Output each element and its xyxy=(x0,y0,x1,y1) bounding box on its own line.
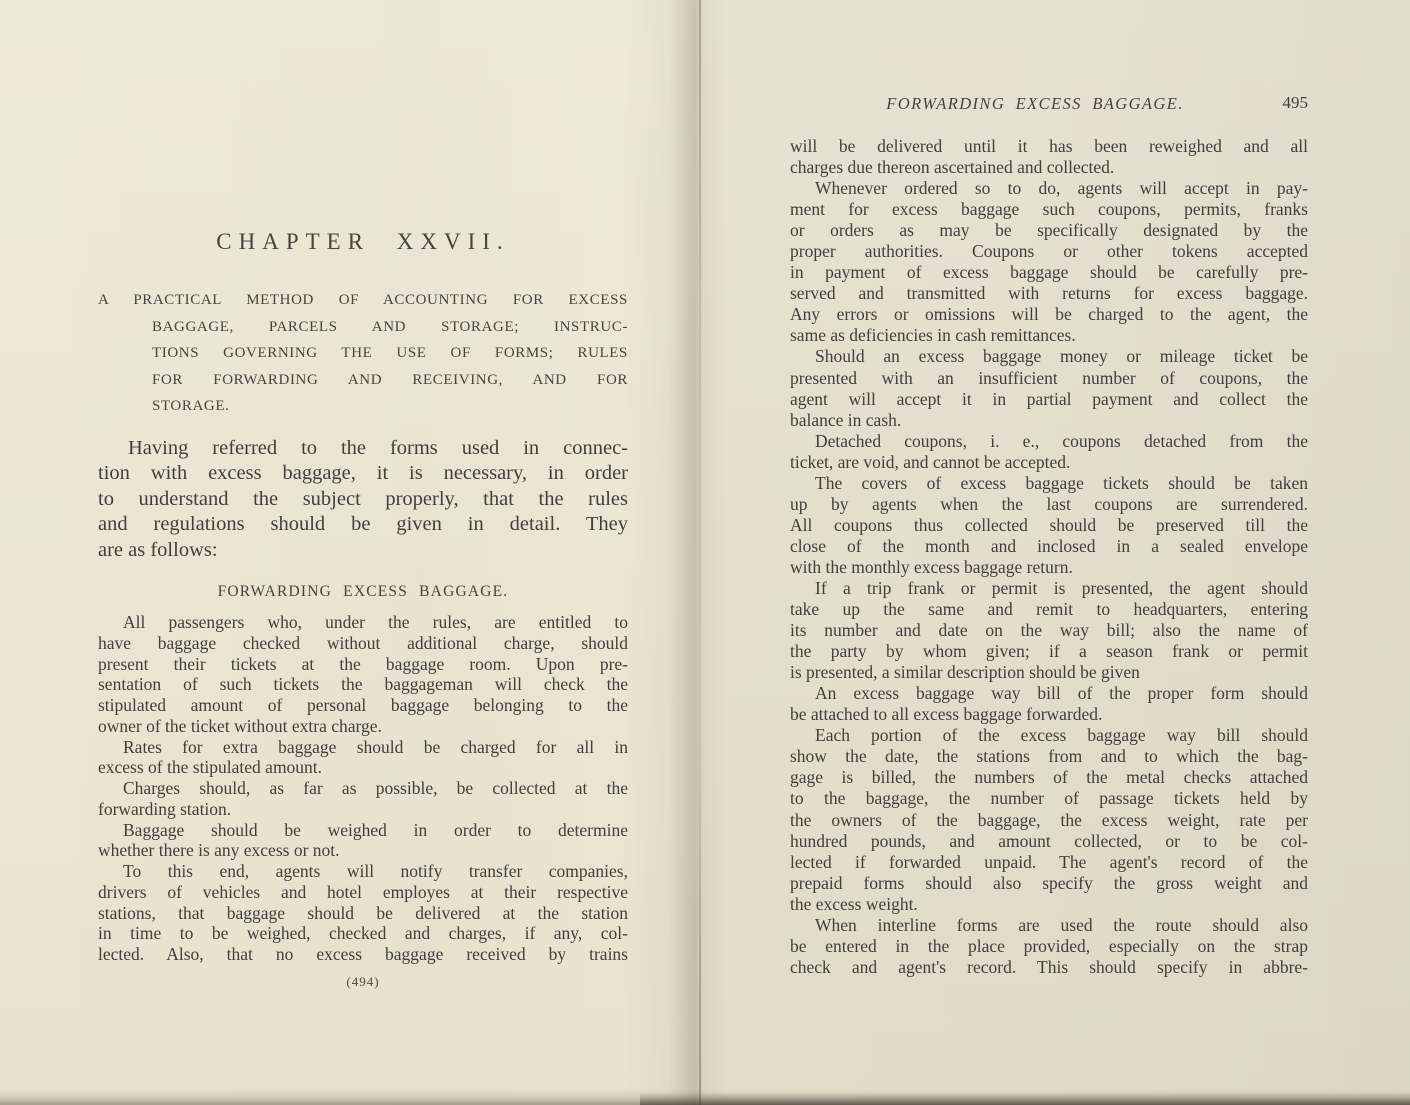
text-line: be attached to all excess baggage forwar… xyxy=(790,704,1308,725)
text-line: the excess weight. xyxy=(790,894,1308,915)
text-line: proper authorities. Coupons or other tok… xyxy=(790,241,1308,262)
text-line: To this end, agents will notify transfer… xyxy=(98,861,628,882)
text-line: the party by whom given; if a season fra… xyxy=(790,641,1308,662)
chapter-subtitle: A PRACTICAL METHOD OF ACCOUNTING FOR EXC… xyxy=(98,287,628,420)
text-line: Charges should, as far as possible, be c… xyxy=(98,778,628,799)
page-folio: (494) xyxy=(98,974,628,990)
text-line: take up the same and remit to headquarte… xyxy=(790,599,1308,620)
text-line: to understand the subject properly, that… xyxy=(98,487,628,512)
text-line: STORAGE. xyxy=(98,393,628,420)
text-line: Detached coupons, i. e., coupons detache… xyxy=(790,431,1308,452)
text-line: balance in cash. xyxy=(790,410,1308,431)
text-line: All passengers who, under the rules, are… xyxy=(98,612,628,633)
text-line: show the date, the stations from and to … xyxy=(790,746,1308,767)
text-line: The covers of excess baggage tickets sho… xyxy=(790,473,1308,494)
text-line: up by agents when the last coupons are s… xyxy=(790,494,1308,515)
text-line: When interline forms are used the route … xyxy=(790,915,1308,936)
text-line: present their tickets at the baggage roo… xyxy=(98,654,628,675)
text-line: in time to be weighed, checked and charg… xyxy=(98,923,628,944)
section-heading: FORWARDING EXCESS BAGGAGE. xyxy=(98,583,628,601)
text-line: same as deficiencies in cash remittances… xyxy=(790,325,1308,346)
text-line: stipulated amount of personal baggage be… xyxy=(98,695,628,716)
text-line: Should an excess baggage money or mileag… xyxy=(790,346,1308,367)
text-line: and regulations should be given in detai… xyxy=(98,512,628,537)
text-line: charges due thereon ascertained and coll… xyxy=(790,157,1308,178)
text-line: tion with excess baggage, it is necessar… xyxy=(98,461,628,486)
text-line: the owners of the baggage, the excess we… xyxy=(790,810,1308,831)
chapter-title: CHAPTER XXVII. xyxy=(98,229,628,255)
text-line: Any errors or omissions will be charged … xyxy=(790,304,1308,325)
text-line: ticket, are void, and cannot be accepted… xyxy=(790,452,1308,473)
body-text: will be delivered until it has been rewe… xyxy=(790,136,1308,978)
text-line: sentation of such tickets the baggageman… xyxy=(98,674,628,695)
right-page: FORWARDING EXCESS BAGGAGE. 495 will be d… xyxy=(790,0,1308,1105)
text-line: its number and date on the way bill; als… xyxy=(790,620,1308,641)
text-line: ment for excess baggage such coupons, pe… xyxy=(790,199,1308,220)
text-line: excess of the stipulated amount. xyxy=(98,757,628,778)
text-line: lected if forwarded unpaid. The agent's … xyxy=(790,852,1308,873)
text-line: be entered in the place provided, especi… xyxy=(790,936,1308,957)
text-line: owner of the ticket without extra charge… xyxy=(98,716,628,737)
text-line: forwarding station. xyxy=(98,799,628,820)
text-line: Each portion of the excess baggage way b… xyxy=(790,725,1308,746)
text-line: with the monthly excess baggage return. xyxy=(790,557,1308,578)
text-line: Whenever ordered so to do, agents will a… xyxy=(790,178,1308,199)
text-line: lected. Also, that no excess baggage rec… xyxy=(98,944,628,965)
text-line: An excess baggage way bill of the proper… xyxy=(790,683,1308,704)
text-line: in payment of excess baggage should be c… xyxy=(790,262,1308,283)
text-line: to the baggage, the number of passage ti… xyxy=(790,788,1308,809)
text-line: Having referred to the forms used in con… xyxy=(98,436,628,461)
text-line: TIONS GOVERNING THE USE OF FORMS; RULES xyxy=(98,340,628,367)
text-line: stations, that baggage should be deliver… xyxy=(98,903,628,924)
left-page: CHAPTER XXVII. A PRACTICAL METHOD OF ACC… xyxy=(98,0,628,1105)
text-line: Rates for extra baggage should be charge… xyxy=(98,737,628,758)
text-line: All coupons thus collected should be pre… xyxy=(790,515,1308,536)
text-line: presented with an insufficient number of… xyxy=(790,368,1308,389)
book-spine xyxy=(699,0,701,1105)
text-line: agent will accept it in partial payment … xyxy=(790,389,1308,410)
text-line: prepaid forms should also specify the gr… xyxy=(790,873,1308,894)
text-line: Baggage should be weighed in order to de… xyxy=(98,820,628,841)
text-line: A PRACTICAL METHOD OF ACCOUNTING FOR EXC… xyxy=(98,287,628,314)
text-line: close of the month and inclosed in a sea… xyxy=(790,536,1308,557)
text-line: have baggage checked without additional … xyxy=(98,633,628,654)
text-line: are as follows: xyxy=(98,538,628,563)
intro-paragraph: Having referred to the forms used in con… xyxy=(98,436,628,563)
text-line: check and agent's record. This should sp… xyxy=(790,957,1308,978)
text-line: or orders as may be specifically designa… xyxy=(790,220,1308,241)
text-line: served and transmitted with returns for … xyxy=(790,283,1308,304)
text-line: whether there is any excess or not. xyxy=(98,840,628,861)
body-text: All passengers who, under the rules, are… xyxy=(98,612,628,965)
text-line: FOR FORWARDING AND RECEIVING, AND FOR xyxy=(98,367,628,394)
text-line: hundred pounds, and amount collected, or… xyxy=(790,831,1308,852)
book-scan: CHAPTER XXVII. A PRACTICAL METHOD OF ACC… xyxy=(0,0,1410,1105)
page-number: 495 xyxy=(790,93,1308,113)
text-line: drivers of vehicles and hotel employes a… xyxy=(98,882,628,903)
text-line: gage is billed, the numbers of the metal… xyxy=(790,767,1308,788)
text-line: If a trip frank or permit is presented, … xyxy=(790,578,1308,599)
text-line: is presented, a similar description shou… xyxy=(790,662,1308,683)
text-line: BAGGAGE, PARCELS AND STORAGE; INSTRUC- xyxy=(98,314,628,341)
text-line: will be delivered until it has been rewe… xyxy=(790,136,1308,157)
